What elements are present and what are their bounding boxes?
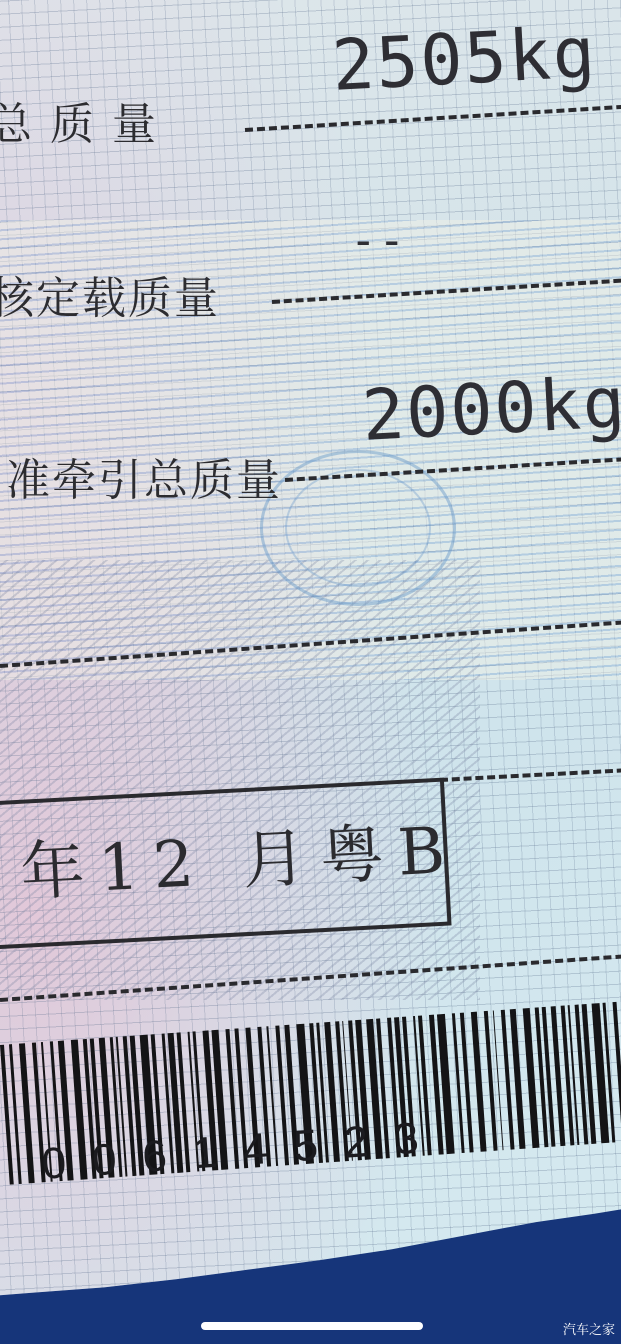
watermark: 汽车之家 — [563, 1319, 615, 1338]
field-total-mass-value: 2505kg — [330, 11, 599, 107]
field-rated-load-label: 核定载质量 — [0, 262, 220, 326]
field-traction-mass-value: 2000kg — [360, 361, 621, 457]
barcode-bar — [19, 1043, 34, 1183]
field-total-mass-label: 总 质 量 — [0, 88, 158, 152]
field-traction-mass-label: 准牵引总质量 — [6, 444, 282, 508]
field-rated-load-value: -- — [350, 215, 407, 266]
home-indicator[interactable] — [201, 1322, 423, 1330]
barcode-bar — [471, 1012, 486, 1152]
